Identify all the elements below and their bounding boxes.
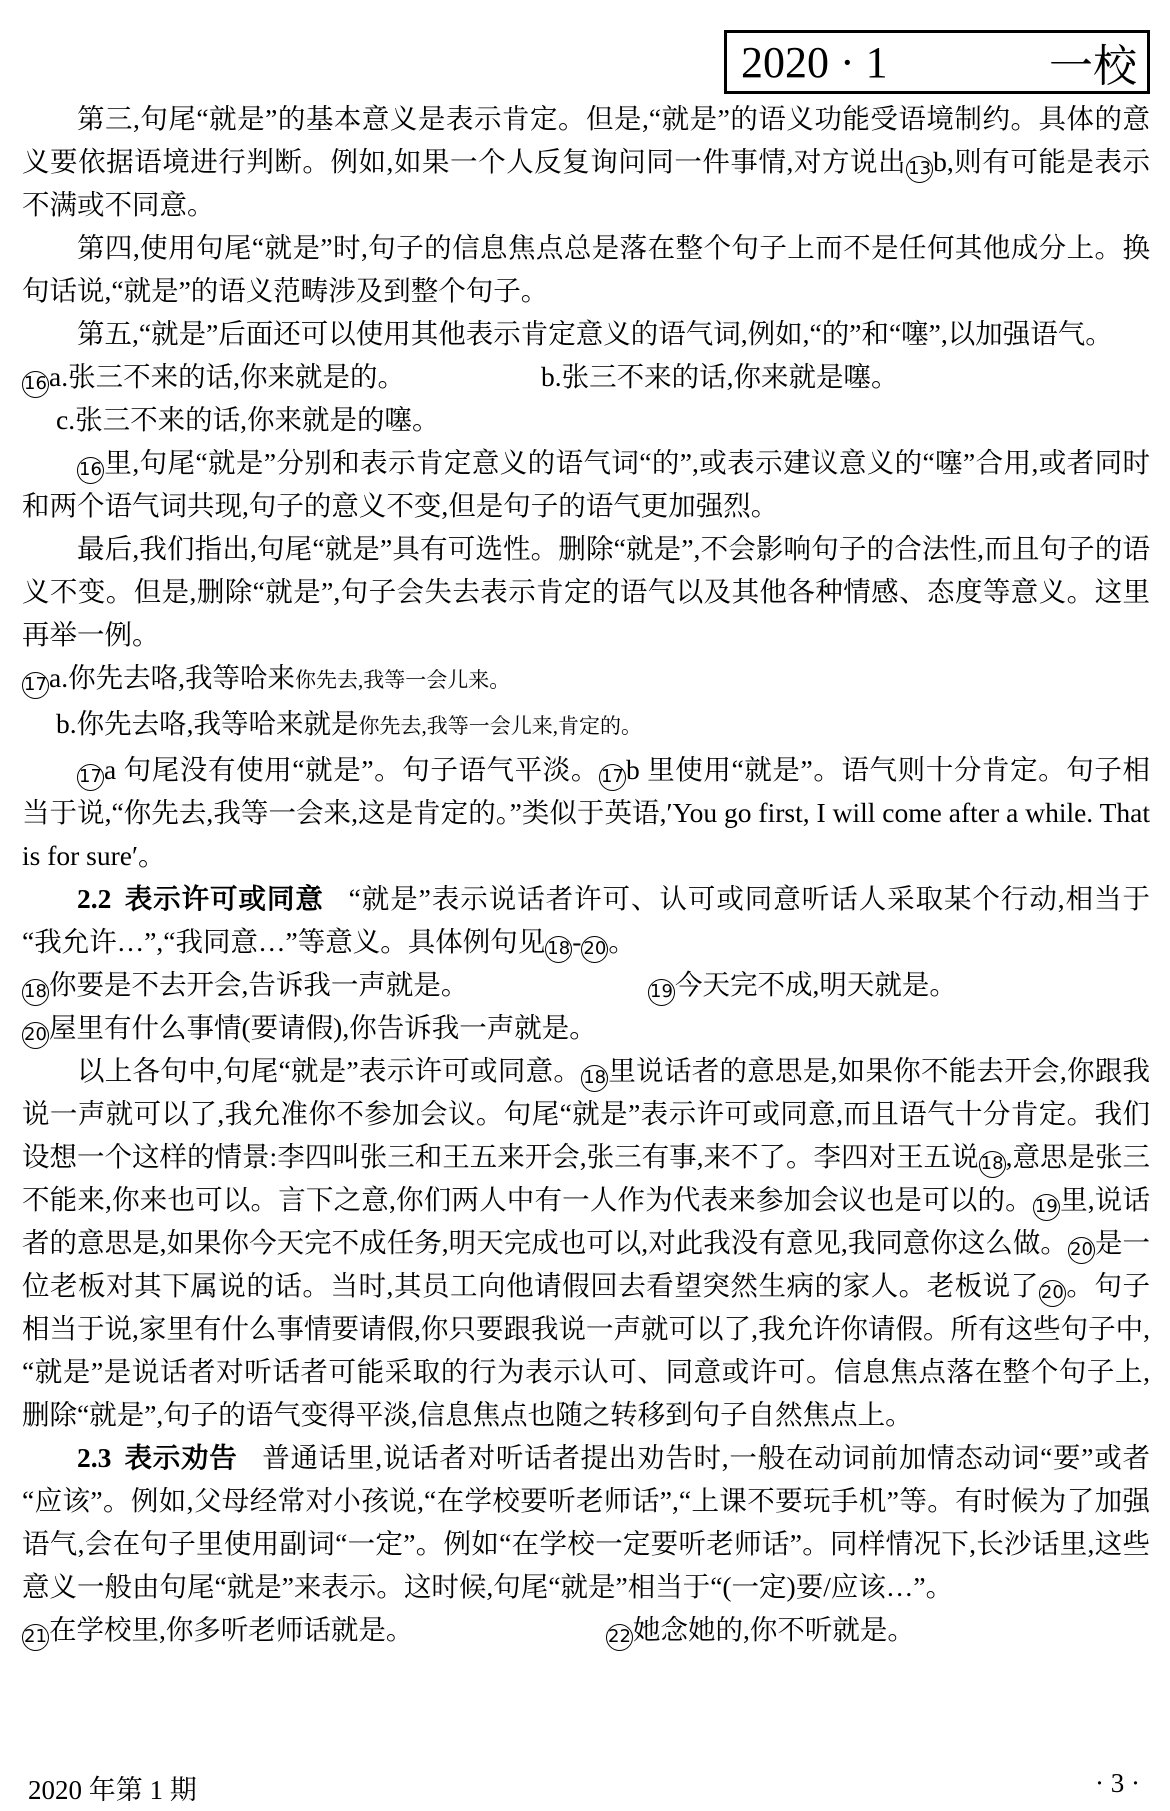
- circled-number: 20: [1039, 1280, 1066, 1307]
- example-16c: c.张三不来的话,你来就是的噻。: [56, 398, 1150, 441]
- example-17b: b.你先去咯,我等哈来就是你先去,我等一会儿来,肯定的。: [56, 702, 1150, 748]
- proof-stage-label: 一校: [1049, 30, 1137, 94]
- paragraph-optionality: 最后,我们指出,句尾“就是”具有可选性。删除“就是”,不会影响句子的合法性,而且…: [22, 527, 1150, 656]
- paragraph-point-three: 第三,句尾“就是”的基本意义是表示肯定。但是,“就是”的语义功能受语境制约。具体…: [22, 97, 1150, 226]
- section-2-3: 2.3表示劝告普通话里,说话者对听话者提出劝告时,一般在动词前加情态动词“要”或…: [22, 1436, 1150, 1608]
- circled-number: 16: [77, 457, 104, 484]
- circled-number: 17: [22, 672, 49, 699]
- circled-number: 19: [648, 979, 675, 1006]
- example-17a: 17a.你先去咯,我等哈来你先去,我等一会儿来。: [22, 656, 1150, 702]
- example-17b-gloss: 你先去,我等一会儿来,肯定的。: [359, 714, 643, 738]
- circled-number: 21: [22, 1624, 49, 1651]
- example-22: 22她念她的,你不听就是。: [606, 1608, 915, 1651]
- circled-number: 18: [581, 1065, 608, 1092]
- page-footer: 2020 年第 1 期 · 3 ·: [28, 1768, 1140, 1807]
- circled-number: 18: [545, 936, 572, 963]
- section-2-2-title: 表示许可或同意: [124, 883, 324, 914]
- example-17b-dialect: b.你先去咯,我等哈来就是: [56, 708, 359, 739]
- issue-proof-box: 2020 · 1 一校: [724, 30, 1150, 94]
- journal-page: 2020 · 1 一校 第三,句尾“就是”的基本意义是表示肯定。但是,“就是”的…: [0, 0, 1170, 1811]
- paragraph-permission-analysis: 以上各句中,句尾“就是”表示许可或同意。18里说话者的意思是,如果你不能去开会,…: [22, 1049, 1150, 1436]
- paragraph-example-17-analysis: 17a 句尾没有使用“就是”。句子语气平淡。17b 里使用“就是”。语气则十分肯…: [22, 748, 1150, 877]
- circled-number: 13: [906, 156, 933, 183]
- section-2-3-title: 表示劝告: [124, 1442, 238, 1473]
- issue-label: 2020 · 1: [741, 37, 888, 88]
- circled-number: 20: [22, 1022, 49, 1049]
- circled-number: 16: [22, 371, 49, 398]
- circled-number: 22: [606, 1624, 633, 1651]
- article-body: 第三,句尾“就是”的基本意义是表示肯定。但是,“就是”的语义功能受语境制约。具体…: [22, 97, 1150, 1651]
- section-2-2: 2.2表示许可或同意“就是”表示说话者许可、认可或同意听话人采取某个行动,相当于…: [22, 877, 1150, 963]
- circled-number: 17: [599, 764, 626, 791]
- paragraph-point-four: 第四,使用句尾“就是”时,句子的信息焦点总是落在整个句子上而不是任何其他成分上。…: [22, 226, 1150, 312]
- section-2-2-number: 2.2: [77, 883, 111, 914]
- section-2-3-number: 2.3: [77, 1442, 111, 1473]
- paragraph-example-16-analysis: 16里,句尾“就是”分别和表示肯定意义的语气词“的”,或表示建议意义的“噻”合用…: [22, 441, 1150, 527]
- footer-page-number: · 3 ·: [1095, 1768, 1140, 1807]
- footer-issue-info: 2020 年第 1 期: [28, 1768, 197, 1807]
- circled-number: 19: [1033, 1194, 1060, 1221]
- circled-number: 18: [979, 1151, 1006, 1178]
- example-16a: 16a.张三不来的话,你来就是的。: [22, 355, 541, 398]
- example-21: 21在学校里,你多听老师话就是。: [22, 1608, 606, 1651]
- circled-number: 20: [581, 936, 608, 963]
- example-17a-dialect: 17a.你先去咯,我等哈来: [22, 662, 295, 693]
- circled-number: 20: [1068, 1237, 1095, 1264]
- example-row-18-19: 18你要是不去开会,告诉我一声就是。 19今天完不成,明天就是。: [22, 963, 1150, 1006]
- example-20: 20屋里有什么事情(要请假),你告诉我一声就是。: [22, 1006, 1150, 1049]
- paragraph-point-five: 第五,“就是”后面还可以使用其他表示肯定意义的语气词,例如,“的”和“噻”,以加…: [22, 312, 1150, 355]
- example-row-16ab: 16a.张三不来的话,你来就是的。 b.张三不来的话,你来就是噻。: [22, 355, 1150, 398]
- example-19: 19今天完不成,明天就是。: [648, 963, 957, 1006]
- example-row-21-22: 21在学校里,你多听老师话就是。 22她念她的,你不听就是。: [22, 1608, 1150, 1651]
- circled-number: 17: [77, 764, 104, 791]
- example-16b: b.张三不来的话,你来就是噻。: [541, 355, 899, 398]
- circled-number: 18: [22, 979, 49, 1006]
- example-17a-gloss: 你先去,我等一会儿来。: [295, 668, 510, 692]
- example-18: 18你要是不去开会,告诉我一声就是。: [22, 963, 648, 1006]
